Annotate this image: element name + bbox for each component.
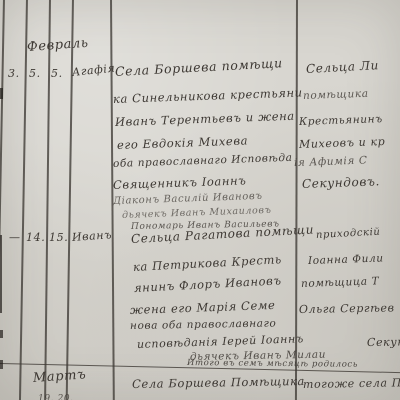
entry2-born-day: 14. <box>26 231 45 244</box>
entry1-sponsors-line: Михеовъ и кр <box>299 135 386 151</box>
march-entry-parents-line: Села Боршева Помѣщика <box>132 374 305 391</box>
entry2-parents-line: ка Петрикова Кресть <box>133 252 282 274</box>
entry1-born-day: 5. <box>29 67 41 80</box>
entry1-parents-line: Иванъ Терентьевъ и жена <box>115 109 295 129</box>
entry1-sponsors-line: Секундовъ. <box>302 174 380 191</box>
entry2-clergy-line: исповѣданія Іерей Іоаннъ <box>137 332 304 351</box>
entry2-name: Иванъ <box>72 228 113 244</box>
entry2-parents-line: янинъ Флоръ Ивановъ <box>134 273 282 295</box>
scan-edge-mark <box>0 330 3 338</box>
entry1-parents-line: Села Боршева помѣщи <box>115 55 283 79</box>
scan-edge-mark <box>0 88 3 99</box>
month-label-march: Мартъ <box>32 367 86 386</box>
entry1-name: Агафія <box>71 61 116 78</box>
entry1-parents-line: его Евдокія Михева <box>117 133 249 152</box>
entry1-clergy-line: Священникъ Іоаннъ <box>113 173 247 192</box>
entry2-sponsors-line: Секундо <box>367 335 400 349</box>
entry1-sponsors-line: Крестьянинъ <box>299 113 383 128</box>
entry1-sponsors-line: помѣщика <box>303 88 369 102</box>
entry1-sponsors-line: ія Афимія С <box>294 154 368 169</box>
entry1-sponsors-line: Сельца Ли <box>306 58 380 76</box>
entry1-parents-line: ка Синельникова крестьяни <box>113 85 303 106</box>
month-summary-line: Итого въ семъ мѣсяцѣ родилось <box>187 358 358 370</box>
scan-edge-mark <box>0 360 3 369</box>
entry2-sponsors-line: приходскій <box>316 227 381 241</box>
month-label-february: Февраль <box>26 36 89 55</box>
column-rule-2 <box>19 0 28 400</box>
march-partial-day-numbers: 19. 20. <box>38 394 74 400</box>
column-rule-4 <box>66 0 74 400</box>
column-rule-1 <box>0 0 4 400</box>
column-rule-3 <box>44 0 50 400</box>
scan-edge-mark <box>0 235 2 313</box>
entry1-record-no: 3. <box>8 67 20 80</box>
entry1-clergy-line: Діаконъ Василій Ивановъ <box>113 191 263 207</box>
entry2-record-no: — <box>9 231 21 244</box>
entry1-parents-line: оба православнаго Исповѣда <box>113 152 293 170</box>
register-page: Февраль 3. 5. 5. Агафія Села Боршева пом… <box>0 0 400 400</box>
entry2-parents-line: жена его Марія Семе <box>130 298 276 317</box>
entry1-clergy-line: дьячекъ Иванъ Михаиловъ <box>122 205 272 221</box>
march-entry-sponsors-line: тогоже села П <box>303 376 400 391</box>
entry1-baptized-day: 5. <box>51 67 63 80</box>
entry2-parents-line: нова оба православнаго <box>130 317 277 332</box>
entry2-baptized-day: 15. <box>49 231 68 244</box>
entry2-sponsors-line: Іоанна Фили <box>308 252 384 267</box>
entry2-sponsors-line: помѣщица Т <box>301 275 380 290</box>
entry2-sponsors-line: Ольга Сергѣев <box>299 301 395 316</box>
